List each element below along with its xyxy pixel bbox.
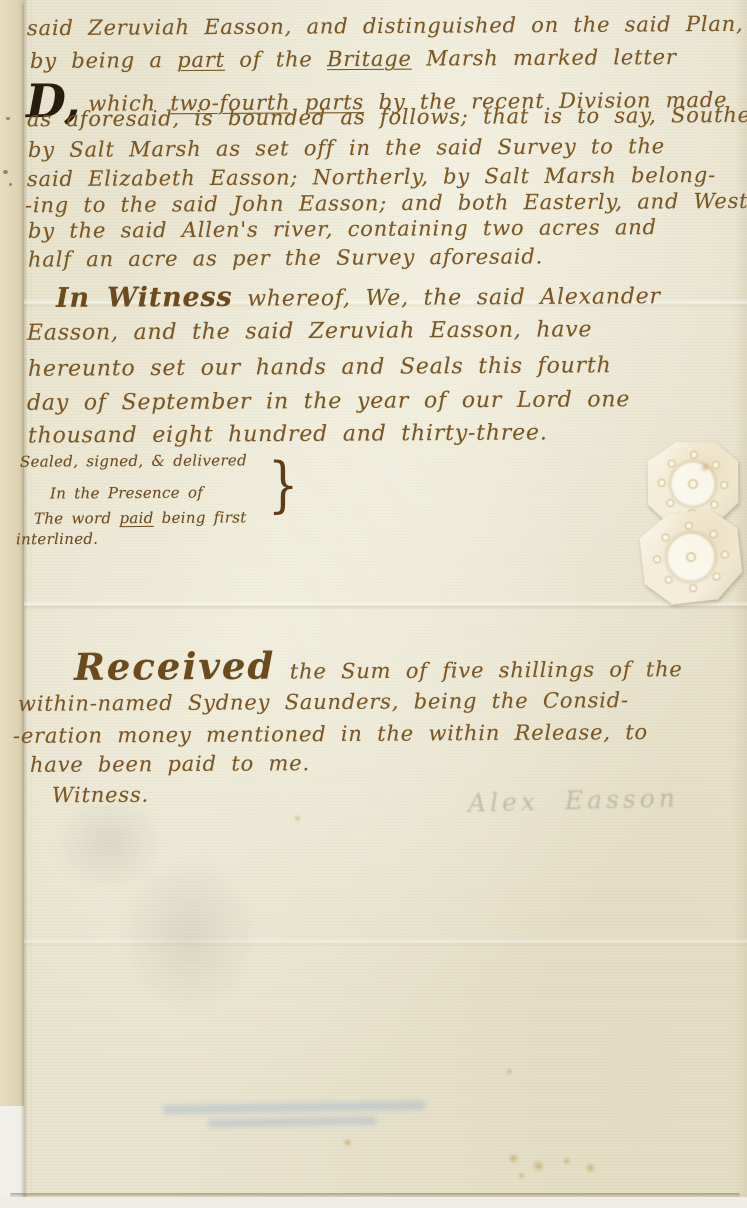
attestation-text: being first [154,508,247,527]
witness-clause-text: whereof, We, the said Alexander [232,284,661,312]
witness-clause-line: thousand eight hundred and thirty-three. [28,420,548,448]
attestation-line: Sealed, signed, & delivered [20,451,247,470]
receipt-line: -eration money mentioned in the within R… [13,720,648,748]
deed-body-text: Marsh marked letter [412,45,677,71]
deed-body-line: half an acre as per the Survey aforesaid… [28,244,543,271]
witness-clause-line: In Witness whereof, We, the said Alexand… [56,279,661,314]
scanned-document-frame: said Zeruviah Easson, and distinguished … [0,0,747,1208]
attestation-line: The word paid being first [34,508,247,527]
ink-speck [3,170,8,174]
stain [532,1160,545,1172]
deed-body-line: said Zeruviah Easson, and distinguished … [27,12,744,40]
wafer-seal-embossing [638,508,744,607]
stain [506,1068,513,1075]
witness-clause-line: Easson, and the said Zeruviah Easson, ha… [27,317,592,345]
receipt-line: within-named Sydney Saunders, being the … [18,688,629,716]
deed-body-line: as aforesaid, is bounded as follows; tha… [27,103,747,132]
attestation-text: The word [34,509,120,528]
show-through-smudge [120,855,260,1015]
stain [700,463,710,472]
underlying-page-edge [0,0,27,1106]
faint-pencil-signature: Alex Easson [468,783,680,818]
stain [585,1163,596,1173]
underlined-word: part [177,48,225,72]
deed-body-line: by being a part of the Britage Marsh mar… [30,45,677,73]
underlined-word: paid [119,509,153,527]
deed-body-line: -ing to the said John Easson; and both E… [25,189,747,218]
deed-body-line: said Elizabeth Easson; Northerly, by Sal… [27,163,716,191]
stain [294,815,301,822]
attestation-brace: } [268,450,299,520]
horizontal-fold-crease [24,601,747,610]
receipt-line: Received the Sum of five shillings of th… [74,641,683,689]
witness-clause-line: day of September in the year of our Lord… [27,387,630,416]
stain [343,1138,352,1147]
attestation-line: In the Presence of [50,484,203,503]
deed-body-line: by Salt Marsh as set off in the said Sur… [28,134,665,162]
ink-speck [6,117,10,120]
received-word: Received [74,644,276,689]
deed-body-text: of the [225,47,327,72]
wafer-seal-bottom [638,508,744,607]
stain [508,1153,519,1164]
deed-body-line: by the said Allen's river, containing tw… [28,215,657,243]
witness-clause-line: hereunto set our hands and Seals this fo… [28,353,612,382]
underlined-word: Britage [327,47,412,72]
scanner-background [0,1197,747,1208]
deed-body-text: by being a [30,48,177,73]
ink-speck [9,183,12,186]
receipt-line: have been paid to me. [30,751,310,777]
in-witness-opening: In Witness [56,282,233,314]
receipt-text: the Sum of five shillings of the [275,657,682,683]
stain [518,1172,525,1179]
stain [562,1157,571,1165]
attestation-line: interlined. [16,530,98,549]
